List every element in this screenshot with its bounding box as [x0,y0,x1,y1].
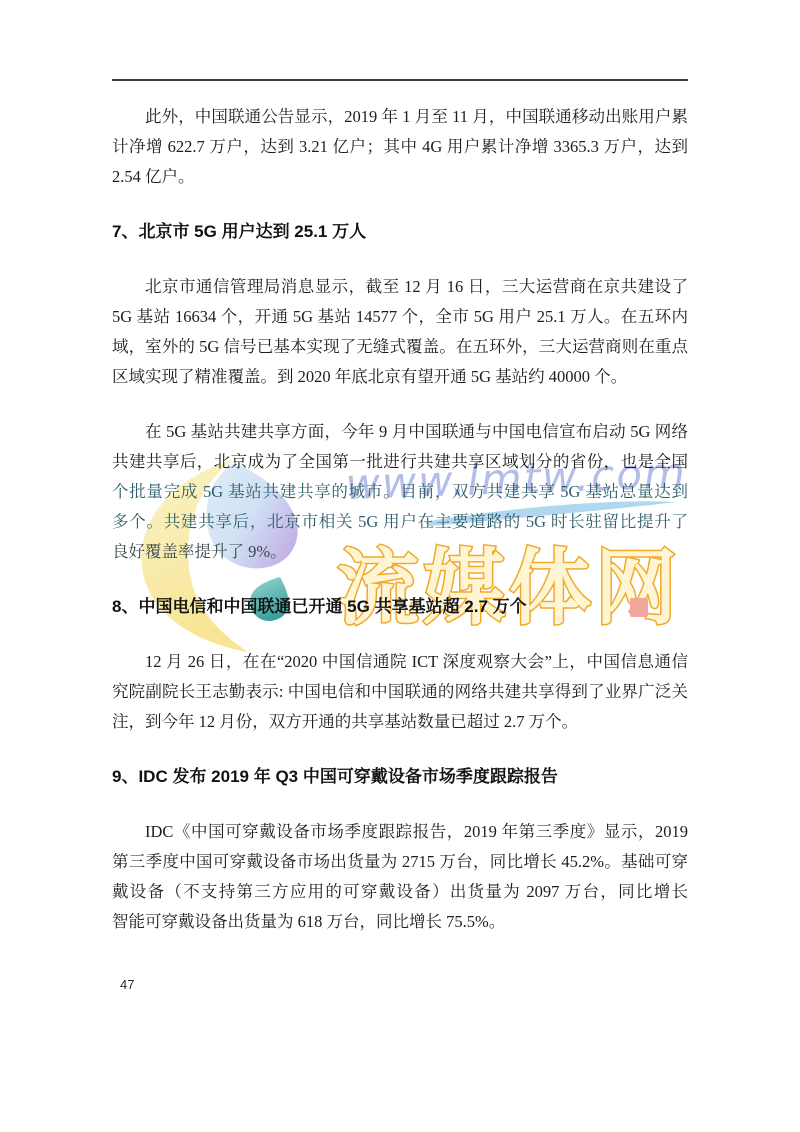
text-line: 良好覆盖率提升了 9%。 [112,537,688,567]
text-line: 区域实现了精准覆盖。到 2020 年底北京有望开通 5G 基站约 40000 个… [112,362,688,392]
paragraph-beijing-5g-stations: 北京市通信管理局消息显示，截至 12 月 16 日，三大运营商在京共建设了 5G… [112,272,688,392]
text-line: 5G 基站 16634 个，开通 5G 基站 14577 个，全市 5G 用户 … [112,302,688,332]
text-line: 2.54 亿户。 [112,162,688,192]
text-line: 在 5G 基站共建共享方面，今年 9 月中国联通与中国电信宣布启动 5G 网络 [112,417,688,447]
text-line: 戴设备（不支持第三方应用的可穿戴设备）出货量为 2097 万台，同比增长 38.… [112,877,688,907]
heading-9-idc-wearables-report: 9、IDC 发布 2019 年 Q3 中国可穿戴设备市场季度跟踪报告 [112,762,688,792]
text-line: 第三季度中国可穿戴设备市场出货量为 2715 万台，同比增长 45.2%。基础可… [112,847,688,877]
document-page: www.lmtw.com 流媒体网 此外，中国联通公告显示，2019 年 1 月… [0,0,800,1132]
text-line: 域，室外的 5G 信号已基本实现了无缝式覆盖。在五环外，三大运营商则在重点 [112,332,688,362]
heading-7-beijing-5g-users: 7、北京市 5G 用户达到 25.1 万人 [112,217,688,247]
page-number: 47 [120,977,134,992]
text-line: IDC《中国可穿戴设备市场季度跟踪报告，2019 年第三季度》显示，2019 年 [112,817,688,847]
text-line: 多个。共建共享后，北京市相关 5G 用户在主要道路的 5G 时长驻留比提升了 7… [112,507,688,537]
text-line: 计净增 622.7 万户，达到 3.21 亿户；其中 4G 用户累计净增 336… [112,132,688,162]
text-line: 注，到今年 12 月份，双方开通的共享基站数量已超过 2.7 万个。 [112,707,688,737]
paragraph-co-build-sharing: 在 5G 基站共建共享方面，今年 9 月中国联通与中国电信宣布启动 5G 网络 … [112,417,688,567]
page-content: 此外，中国联通公告显示，2019 年 1 月至 11 月，中国联通移动出账用户累… [112,102,688,962]
paragraph-unicom-users: 此外，中国联通公告显示，2019 年 1 月至 11 月，中国联通移动出账用户累… [112,102,688,192]
text-line: 此外，中国联通公告显示，2019 年 1 月至 11 月，中国联通移动出账用户累 [112,102,688,132]
text-line: 智能可穿戴设备出货量为 618 万台，同比增长 75.5%。 [112,907,688,937]
paragraph-ict-conference: 12 月 26 日，在在“2020 中国信通院 ICT 深度观察大会”上，中国信… [112,647,688,737]
header-rule [112,79,688,81]
text-line: 共建共享后，北京成为了全国第一批进行共建共享区域划分的省份，也是全国首 [112,447,688,477]
heading-8-shared-base-stations: 8、中国电信和中国联通已开通 5G 共享基站超 2.7 万个 [112,592,688,622]
text-line: 究院副院长王志勤表示: 中国电信和中国联通的网络共建共享得到了业界广泛关 [112,677,688,707]
text-line: 北京市通信管理局消息显示，截至 12 月 16 日，三大运营商在京共建设了 [112,272,688,302]
text-line: 12 月 26 日，在在“2020 中国信通院 ICT 深度观察大会”上，中国信… [112,647,688,677]
text-line: 个批量完成 5G 基站共建共享的城市。目前，双方共建共享 5G 基站总量达到 7… [112,477,688,507]
paragraph-idc-wearables: IDC《中国可穿戴设备市场季度跟踪报告，2019 年第三季度》显示，2019 年… [112,817,688,937]
